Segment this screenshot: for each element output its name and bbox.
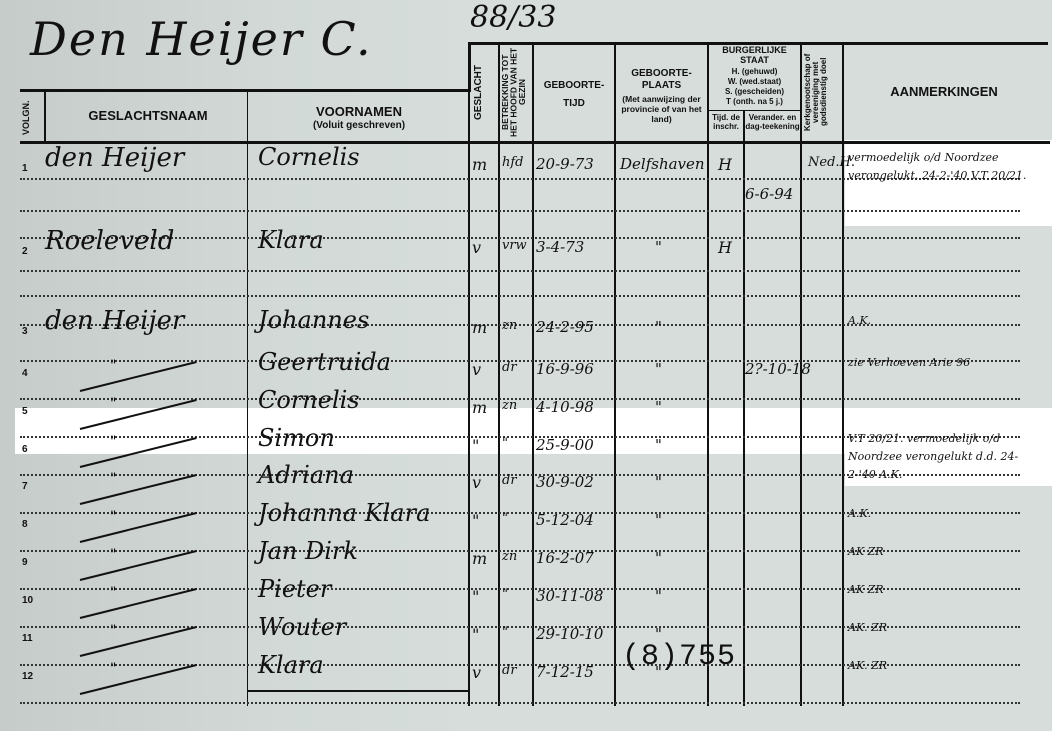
card-number: 88/33: [470, 0, 556, 35]
col-header-birthdate-1: GEBOORTE-: [534, 80, 614, 91]
row-number: 4: [22, 368, 28, 379]
surname-cell: ": [110, 623, 116, 639]
ruled-line: [20, 702, 1020, 704]
birth-date-cell: 16-9-96: [536, 360, 594, 378]
civilstate-subrule: [709, 110, 800, 111]
row-number: 8: [22, 519, 28, 530]
change-date-cell: 6-6-94: [745, 185, 793, 203]
surname-cell: den Heijer: [45, 143, 184, 173]
sex-cell: m: [472, 549, 487, 568]
row-number: 11: [22, 633, 33, 644]
row-number: 2: [22, 246, 28, 257]
col-header-birthplace-sub: (Met aanwijzing der provincie of van het…: [618, 94, 705, 124]
given-name-cell: Simon: [258, 424, 335, 452]
col-header-civilstate: BURGERLIJKE STAAT: [709, 45, 800, 65]
birth-date-cell: 4-10-98: [536, 398, 594, 416]
col-header-tijd-inschr: Tijd. de inschr.: [709, 113, 743, 131]
relation-cell: ": [502, 587, 508, 602]
row-number: 5: [22, 406, 28, 417]
remarks-cell: A.K.: [848, 505, 1028, 523]
col-line-sex: [498, 42, 500, 706]
col-line-relation: [532, 42, 534, 706]
col-header-given-sub: (Voluit geschreven): [250, 120, 468, 131]
relation-cell: ": [502, 625, 508, 640]
surname-cell: ": [110, 509, 116, 525]
col-header-birthplace-1: GEBOORTE-: [616, 68, 707, 79]
row-number: 9: [22, 557, 28, 568]
header-rule-left: [20, 89, 470, 92]
birth-date-cell: 30-11-08: [536, 587, 603, 605]
row-number: 12: [22, 671, 33, 682]
remarks-cell: A.K.: [848, 312, 1028, 330]
birth-place-cell: ": [655, 473, 662, 491]
ruled-line: [20, 210, 1020, 212]
change-date-cell: 2?-10-18: [745, 360, 811, 378]
birth-date-cell: 25-9-00: [536, 436, 594, 454]
civil-state-cell: H: [718, 238, 732, 257]
sex-cell: v: [472, 360, 481, 379]
surname-cell: ": [110, 661, 116, 677]
row-number: 7: [22, 481, 28, 492]
surname-cell: ": [110, 358, 116, 374]
birth-place-cell: ": [655, 549, 662, 567]
relation-cell: ": [502, 511, 508, 526]
sex-cell: ": [472, 587, 479, 606]
ruled-line: [20, 270, 1020, 272]
sex-cell: v: [472, 238, 481, 257]
row-number: 6: [22, 444, 28, 455]
col-header-civilstate-s: S. (gescheiden): [709, 87, 800, 96]
col-line-birthplace: [707, 42, 709, 706]
remarks-cell: AK. ZR: [848, 657, 1028, 675]
birth-place-cell: ": [655, 587, 662, 605]
remarks-cell: AK ZR: [848, 543, 1028, 561]
birth-place-cell: ": [655, 360, 662, 378]
remarks-cell: AK ZR: [848, 581, 1028, 599]
col-header-civilstate-w: W. (wed.staat): [709, 77, 800, 86]
remarks-cell: V.T 20/21. vermoedelijk o/d Noordzee ver…: [848, 430, 1028, 484]
birth-date-cell: 29-10-10: [536, 625, 603, 643]
col-line-given: [468, 42, 470, 706]
remarks-cell: zie Verhoeven Arie 96: [848, 354, 1028, 372]
ruled-line: [20, 295, 1020, 297]
col-header-birthplace-2: PLAATS: [616, 80, 707, 91]
col-line-volgnr: [44, 92, 46, 142]
relation-cell: zn: [502, 398, 517, 413]
col-header-sex: GESLACHT: [474, 48, 484, 138]
population-register-card: Den Heijer C. 88/33 VOLGN. GESLACHTSNAAM…: [0, 0, 1052, 731]
surname-cell: ": [110, 547, 116, 563]
birth-date-cell: 7-12-15: [536, 663, 594, 681]
archive-stamp: (8)755: [622, 640, 736, 674]
birth-date-cell: 20-9-73: [536, 155, 594, 173]
relation-cell: dr: [502, 473, 517, 488]
col-header-given: VOORNAMEN: [250, 104, 468, 119]
relation-cell: vrw: [502, 238, 527, 253]
given-name-cell: Wouter: [258, 613, 346, 641]
sex-cell: m: [472, 398, 487, 417]
birth-place-cell: ": [655, 436, 662, 454]
birth-date-cell: 16-2-07: [536, 549, 594, 567]
surname-cell: den Heijer: [45, 306, 184, 336]
given-name-cell: Jan Dirk: [258, 537, 358, 565]
row-number: 3: [22, 326, 28, 337]
birth-date-cell: 30-9-02: [536, 473, 594, 491]
birth-date-cell: 5-12-04: [536, 511, 594, 529]
col-header-civilstate-t: T (onth. na 5 j.): [709, 97, 800, 106]
given-name-cell: Pieter: [258, 575, 331, 603]
sex-cell: v: [472, 473, 481, 492]
birth-place-cell: ": [655, 511, 662, 529]
given-bottom-rule: [248, 690, 468, 692]
col-line-birthdate: [614, 42, 616, 706]
sex-cell: ": [472, 436, 479, 455]
birth-place-cell: ": [655, 238, 662, 256]
col-header-volgnr: VOLGN.: [22, 96, 31, 140]
ruled-line: [20, 398, 1020, 400]
birth-date-cell: 3-4-73: [536, 238, 584, 256]
col-header-verander: Verander. en dag-teekening: [745, 113, 800, 131]
given-name-cell: Cornelis: [258, 143, 360, 171]
row-number: 10: [22, 595, 33, 606]
sex-cell: ": [472, 511, 479, 530]
given-name-cell: Johannes: [258, 306, 369, 334]
given-name-cell: Adriana: [258, 461, 354, 489]
birth-place-cell: ": [655, 318, 662, 336]
card-header-name: Den Heijer C.: [30, 12, 373, 66]
col-line-religion: [842, 42, 844, 706]
surname-cell: ": [110, 434, 116, 450]
relation-cell: zn: [502, 318, 517, 333]
given-name-cell: Klara: [258, 651, 324, 679]
surname-cell: ": [110, 585, 116, 601]
birth-date-cell: 24-2-95: [536, 318, 594, 336]
surname-cell: ": [110, 396, 116, 412]
relation-cell: dr: [502, 360, 517, 375]
col-header-surname: GESLACHTSNAAM: [50, 108, 246, 123]
surname-cell: Roeleveld: [45, 226, 174, 256]
given-name-cell: Cornelis: [258, 386, 360, 414]
remarks-cell: AK. ZR: [848, 619, 1028, 637]
given-name-cell: Geertruida: [258, 348, 391, 376]
relation-cell: dr: [502, 663, 517, 678]
col-header-remarks: AANMERKINGEN: [844, 84, 1044, 99]
birth-place-cell: ": [655, 398, 662, 416]
col-header-civilstate-h: H. (gehuwd): [709, 67, 800, 76]
given-name-cell: Johanna Klara: [258, 499, 430, 527]
remarks-cell: vermoedelijk o/d Noordzee verongelukt. 2…: [848, 149, 1028, 185]
birth-place-cell: Delfshaven: [620, 155, 705, 173]
civil-state-cell: H: [718, 155, 732, 174]
col-header-religion: Kerkgenootschap of vereeniging met godsd…: [804, 46, 840, 138]
relation-cell: ": [502, 436, 508, 451]
sex-cell: ": [472, 625, 479, 644]
sex-cell: m: [472, 155, 487, 174]
col-header-relation: BETREKKING TOT HET HOOFD VAN HET GEZIN: [501, 46, 531, 138]
relation-cell: hfd: [502, 155, 524, 170]
row-number: 1: [22, 163, 28, 174]
relation-cell: zn: [502, 549, 517, 564]
sex-cell: m: [472, 318, 487, 337]
surname-cell: ": [110, 471, 116, 487]
col-header-birthdate-2: TIJD: [534, 98, 614, 109]
given-name-cell: Klara: [258, 226, 324, 254]
sex-cell: v: [472, 663, 481, 682]
